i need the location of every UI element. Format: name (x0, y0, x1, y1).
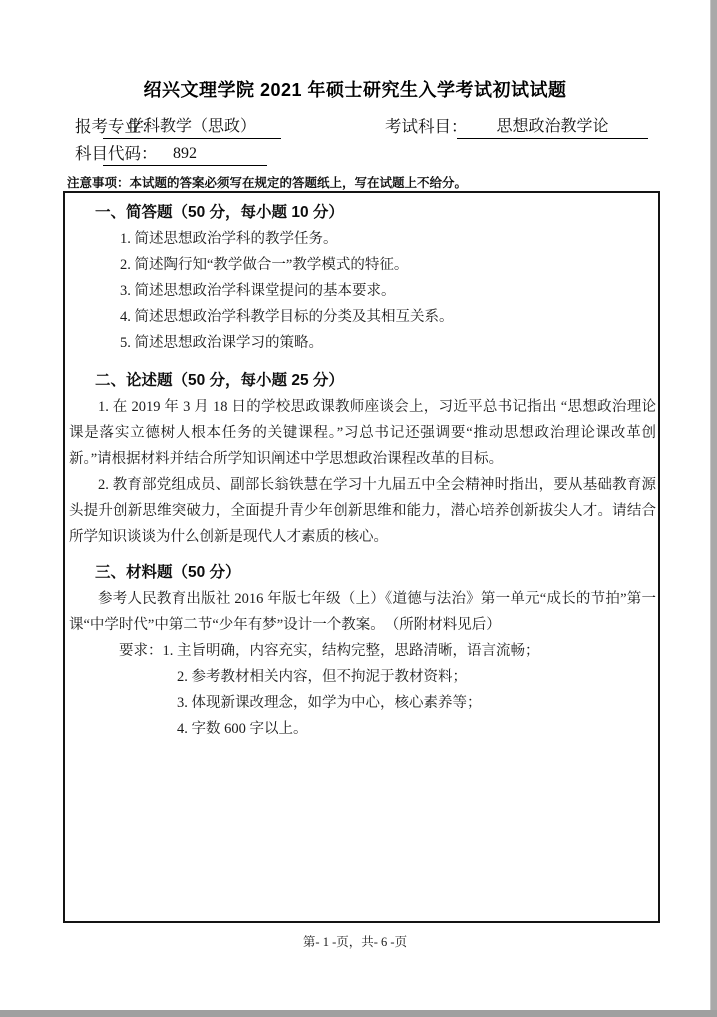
section-one-heading: 一、简答题（50 分，每小题 10 分） (95, 200, 656, 226)
section-two-heading: 二、论述题（50 分，每小题 25 分） (95, 368, 656, 394)
requirement-item: 4. 字数 600 字以上。 (177, 716, 656, 742)
field-major-value: 学科教学（思政） (103, 116, 281, 139)
requirements-label: 要求： (119, 643, 163, 659)
requirements-first-line: 要求：1. 主旨明确，内容充实，结构完整，思路清晰，语言流畅； (119, 638, 656, 664)
scan-edge-right (710, 0, 717, 1017)
notice-text: 注意事项：本试题的答案必须写在规定的答题纸上，写在试题上不给分。 (67, 173, 467, 191)
requirement-item: 2. 参考教材相关内容，但不拘泥于教材资料； (177, 664, 656, 690)
questions-box: 一、简答题（50 分，每小题 10 分） 1. 简述思想政治学科的教学任务。 2… (63, 191, 660, 923)
question-item: 3. 简述思想政治学科课堂提问的基本要求。 (120, 278, 656, 304)
page-footer: 第- 1 -页，共- 6 -页 (0, 932, 710, 950)
section-three-heading: 三、材料题（50 分） (95, 560, 656, 586)
question-item: 1. 简述思想政治学科的教学任务。 (120, 226, 656, 252)
scan-edge-bottom (0, 1010, 717, 1017)
requirements-rest: 2. 参考教材相关内容，但不拘泥于教材资料； 3. 体现新课改理念，如学为中心，… (177, 664, 656, 742)
question-item: 4. 简述思想政治学科教学目标的分类及其相互关系。 (120, 304, 656, 330)
question-paragraph: 1. 在 2019 年 3 月 18 日的学校思政课教师座谈会上，习近平总书记指… (69, 394, 656, 472)
question-item: 2. 简述陶行知“教学做合一”教学模式的特征。 (120, 252, 656, 278)
question-paragraph: 2. 教育部党组成员、副部长翁铁慧在学习十九届五中全会精神时指出，要从基础教育源… (69, 472, 656, 550)
exam-title: 绍兴文理学院 2021 年硕士研究生入学考试初试试题 (0, 76, 710, 102)
field-subject-label: 考试科目： (385, 116, 468, 138)
scanned-exam-page: 绍兴文理学院 2021 年硕士研究生入学考试初试试题 报考专业： 学科教学（思政… (0, 0, 717, 1017)
requirement-item: 3. 体现新课改理念，如学为中心，核心素养等； (177, 690, 656, 716)
field-subject-value: 思想政治教学论 (457, 116, 648, 139)
section-one-items: 1. 简述思想政治学科的教学任务。 2. 简述陶行知“教学做合一”教学模式的特征… (120, 226, 656, 356)
question-paragraph: 参考人民教育出版社 2016 年版七年级（上）《道德与法治》第一单元“成长的节拍… (69, 586, 656, 638)
question-item: 5. 简述思想政治课学习的策略。 (120, 330, 656, 356)
field-code-value: 892 (103, 143, 267, 166)
requirement-item: 1. 主旨明确，内容充实，结构完整，思路清晰，语言流畅； (163, 643, 540, 659)
